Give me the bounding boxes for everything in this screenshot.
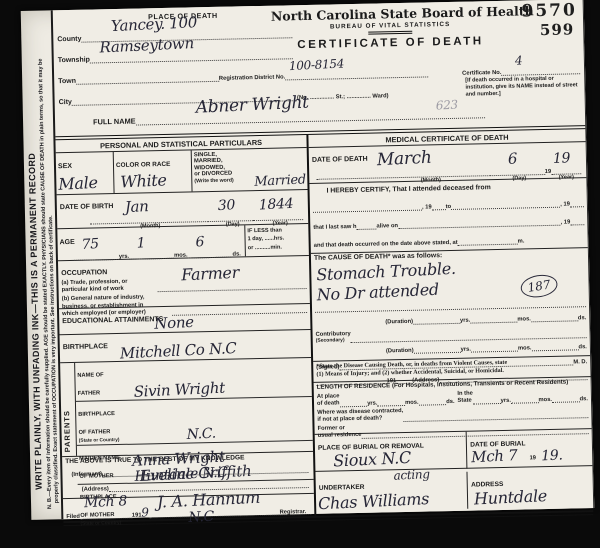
registration-district-value: 100-8154 [289, 57, 345, 72]
certificate-form: PLACE OF DEATH 9570 599 North Carolina S… [51, 0, 595, 519]
full-name-line: Abner Wright 623 [136, 109, 486, 125]
parents-section: PARENTS NAME OF FATHER Sivin Wright BIRT… [60, 358, 313, 457]
dob-year-line: 1844 [253, 211, 303, 221]
filed-date-value: Mch 8 [83, 494, 127, 510]
certify-statement: I HEREBY CERTIFY, That I attended deceas… [326, 182, 583, 194]
father-birthplace-row: BIRTHPLACE OF FATHER (State or Country) … [76, 397, 313, 446]
at-place-ds: ds. [446, 399, 455, 405]
county-label: County [57, 36, 81, 44]
filed-date-line: Mch 8 [80, 510, 132, 520]
certificate-no-line: 4 [501, 65, 580, 76]
color-race-value: White [120, 172, 167, 190]
sex-label: SEX [58, 163, 72, 170]
dod-month-value: March [376, 150, 431, 170]
medical-column: MEDICAL CERTIFICATE OF DEATH DATE OF DEA… [308, 129, 593, 516]
date-of-death-row: DATE OF DEATH March 6 19 19 [309, 142, 587, 184]
occupation-label: OCCUPATION [61, 269, 107, 277]
father-name-value: Sivin Wright [133, 381, 225, 400]
undertaker-address-cell: ADDRESS Huntdale [468, 470, 593, 510]
certificate-no-value: 4 [515, 54, 523, 66]
at-place-ds-line [418, 396, 446, 406]
age-months-value: 1 [137, 236, 146, 250]
duration2-ds: ds. [578, 344, 587, 350]
township-value: Ramseytown [99, 36, 194, 55]
attended-from-line [313, 202, 422, 213]
bureau-rule [368, 31, 412, 35]
in-state-mos: mos. [538, 397, 552, 403]
m-label: m. [518, 238, 525, 244]
age-years-value: 75 [81, 237, 99, 252]
undertaker-value: Chas Williams [318, 491, 430, 512]
form-body: PERSONAL AND STATISTICAL PARTICULARS SEX… [55, 129, 593, 521]
burial-year-printed: 19 [529, 455, 536, 461]
duration1-mos-line [470, 314, 517, 324]
township-label: Township [58, 57, 90, 65]
form-header: PLACE OF DEATH 9570 599 North Carolina S… [53, 0, 586, 140]
color-race-cell: COLOR OR RACE White [114, 150, 193, 193]
sex-value: Male [58, 175, 98, 193]
death-hour-line [458, 236, 518, 246]
duration-label-2: (Duration) [386, 348, 414, 355]
date-of-burial-cell: DATE OF BURIAL Mch 7 19 19. [467, 429, 592, 469]
at-place-mos-line [377, 397, 405, 407]
father-name-row: NAME OF FATHER Sivin Wright [75, 358, 312, 402]
at-place-mos: mos. [405, 399, 419, 405]
full-name-pencil-notation: 623 [435, 99, 458, 112]
parents-group-label: PARENTS [62, 410, 72, 452]
dots-4 [570, 216, 584, 225]
alive-on-label: alive on [376, 223, 398, 229]
full-name-value: Abner Wright [195, 94, 309, 116]
date-of-burial-value: Mch 7 [471, 448, 518, 465]
dots-2 [570, 198, 584, 207]
town-label: Town [58, 78, 76, 85]
in-state-ds-line [552, 393, 580, 403]
occupation-a-line: Farmer [157, 280, 306, 292]
informant-address-value: Huntdale N.C [134, 466, 228, 484]
cause-of-death-section: The CAUSE OF DEATH* was as follows: Stom… [311, 248, 590, 362]
agency-block: North Carolina State Board of Health BUR… [271, 4, 510, 52]
secondary-label: (Secondary) [316, 337, 351, 344]
length-of-residence-section: LENGTH OF RESIDENCE (For Hospitals, Inst… [314, 377, 592, 435]
last-saw-year: , 19 [561, 219, 571, 225]
sex-cell: SEX Male [56, 152, 115, 194]
duration-label-1: (Duration) [385, 319, 413, 326]
in-state-yrs: yrs. [501, 398, 511, 404]
in-state-mos-line [511, 394, 539, 404]
sex-color-marital-row: SEX Male COLOR OR RACE White SINGLE, MAR… [56, 148, 308, 195]
place-of-burial-value: Sioux N.C [333, 450, 411, 470]
hospital-note: [If death occurred in a hospital or inst… [465, 75, 581, 98]
place-of-burial-cell: PLACE OF BURIAL OR REMOVAL Sioux N.C [315, 432, 468, 472]
city-label: City [59, 99, 72, 106]
duration2-mos-line [471, 343, 518, 353]
father-birthplace-label: BIRTHPLACE OF FATHER [78, 411, 115, 436]
at-place-yrs: yrs. [367, 400, 377, 406]
dots-1 [432, 201, 446, 210]
duration1-yrs: yrs. [460, 318, 470, 324]
street-ward-label: (No. ............... St.; ..............… [297, 93, 389, 101]
last-saw-label: that I last saw h [313, 224, 356, 231]
in-state-yrs-line [473, 395, 501, 405]
dod-year-line: 19 [551, 165, 581, 175]
township-field: Township Ramseytown [58, 50, 293, 64]
dob-day-line: 30 [208, 212, 253, 222]
township-line: Ramseytown [90, 50, 293, 63]
dob-month-value: Jan [125, 199, 149, 215]
full-name-label: FULL NAME [93, 117, 136, 127]
in-state-ds: ds. [580, 396, 589, 402]
dod-label: DATE OF DEATH [312, 156, 368, 164]
in-state-label: In the State [457, 390, 473, 404]
attended-to-line [451, 199, 560, 210]
undertaker-note: acting [393, 468, 430, 482]
dob-year-value: 1844 [259, 197, 294, 213]
registrar-label: Registrar. [279, 509, 306, 516]
age-days-value: 6 [195, 235, 204, 249]
father-name-label: NAME OF FATHER [77, 372, 103, 397]
undertaker-address-value: Huntdale [474, 489, 548, 508]
occupation-a-label: (a) Trade, profession, or particular kin… [61, 278, 157, 294]
father-birthplace-value: N.C. [186, 427, 216, 442]
full-name-field: FULL NAME Abner Wright 623 [93, 109, 485, 126]
date-of-birth-row: DATE OF BIRTH Jan 30 1844 (Month) [57, 190, 309, 229]
death-certificate-scan: WRITE PLAINLY, WITH UNFADING INK—THIS IS… [21, 0, 595, 520]
marital-status-cell: SINGLE, MARRIED, WIDOWED, or DIVORCED (W… [192, 148, 308, 191]
dob-label: DATE OF BIRTH [60, 203, 114, 211]
undertaker-cell: UNDERTAKER acting Chas Williams [316, 472, 469, 512]
color-race-label: COLOR OR RACE [116, 161, 170, 169]
occupation-a-value: Farmer [181, 265, 239, 284]
cause-value-line2: No Dr attended [316, 282, 439, 304]
attended-to-year: , 19 [560, 201, 570, 207]
informant-address-label: (Address) [82, 486, 109, 493]
age-row: AGE 75 yrs. 1 mos. 6 [57, 224, 309, 261]
undertaker-label: UNDERTAKER [319, 484, 365, 492]
occupation-row: OCCUPATION (a) Trade, profession, or par… [58, 256, 310, 309]
duration2-yrs: yrs. [461, 347, 471, 353]
personal-column: PERSONAL AND STATISTICAL PARTICULARS SEX… [55, 135, 316, 521]
attended-from-year: , 19 [422, 204, 432, 210]
dots-3 [356, 221, 376, 230]
dod-day-value: 6 [507, 151, 517, 166]
death-occurred-label: and that death occurred on the date abov… [314, 240, 458, 249]
registration-district-line: 100-8154 [285, 68, 428, 80]
registration-district-label: Registration District No. [219, 74, 285, 81]
town-field: Town Registration District No. 100-8154 [58, 68, 428, 85]
duration1-ds: ds. [578, 315, 587, 321]
birthplace-label: BIRTHPLACE [63, 343, 108, 351]
duration2-ds-line [531, 341, 578, 351]
certify-section: I HEREBY CERTIFY, That I attended deceas… [309, 178, 587, 254]
at-place-yrs-line [339, 398, 367, 408]
duration2-yrs-line [414, 344, 461, 354]
registrar-signature: J. A. Hannum [156, 490, 260, 511]
filed-year-printed: 191 [132, 513, 142, 519]
filed-label: Filed [66, 514, 80, 520]
informant-label: (Informant) [71, 471, 102, 478]
dod-day-line: 6 [490, 166, 545, 176]
duration1-ds-line [531, 312, 578, 322]
if-less-than-day-cell: IF LESS than 1 day, ......hrs. or ......… [244, 224, 309, 256]
duration1-mos: mos. [517, 316, 531, 322]
stamp-number-2: 599 [540, 20, 575, 39]
burial-section: PLACE OF BURIAL OR REMOVAL Sioux N.C DAT… [315, 429, 594, 516]
county-value: Yancey. 100 [111, 15, 198, 34]
education-value: None [154, 315, 194, 332]
age-label: AGE [60, 239, 75, 246]
burial-year-handwritten: 19. [541, 448, 563, 463]
at-place-label: At place of death [317, 393, 340, 407]
cause-code-stamp: 187 [519, 272, 559, 300]
duration1-yrs-line [413, 315, 460, 325]
town-line [76, 73, 219, 85]
education-label: EDUCATIONAL ATTAINMENTS [62, 316, 163, 325]
where-contracted-label: Where was disease contracted, if not at … [317, 408, 403, 424]
marital-value: Married [254, 173, 306, 188]
certificate-no-label: Certificate No. [462, 70, 501, 77]
duration2-mos: mos. [518, 345, 532, 351]
certificate-title: CERTIFICATE OF DEATH [271, 35, 509, 52]
dod-year-handwritten: 19 [553, 151, 571, 166]
dob-day-value: 30 [218, 198, 236, 213]
birthplace-value: Mitchell Co N.C [120, 341, 237, 361]
last-saw-line [398, 217, 561, 229]
